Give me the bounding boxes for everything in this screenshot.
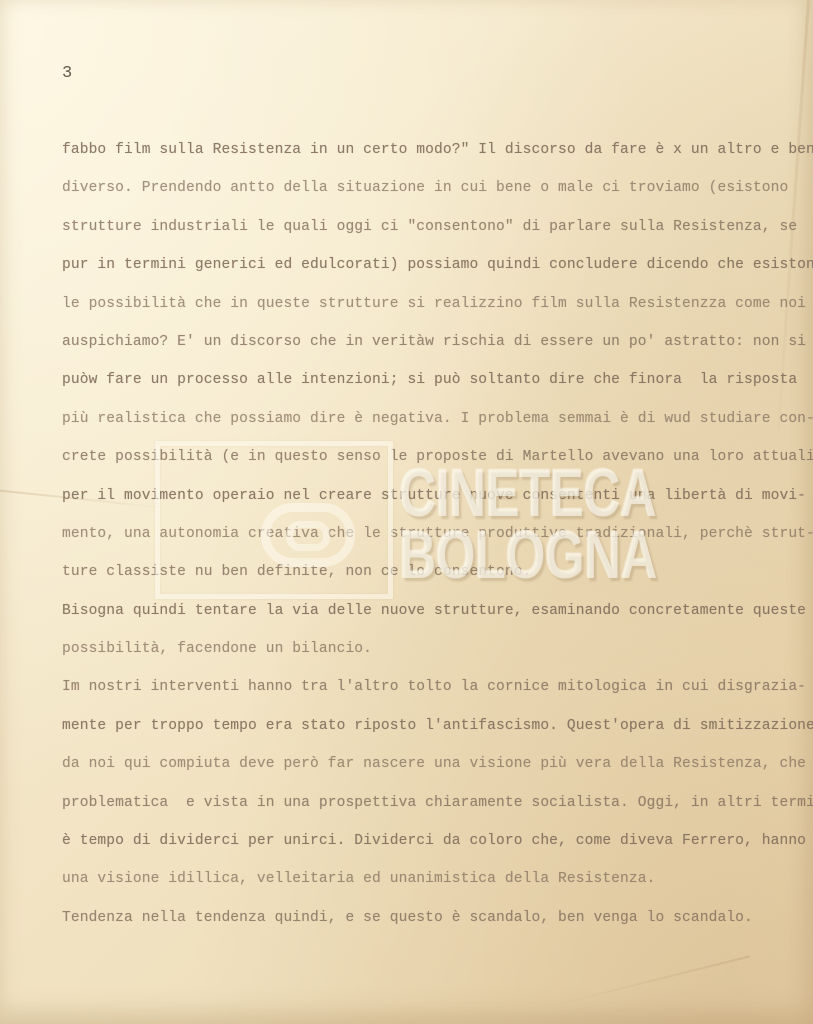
text-line: puòw fare un processo alle intenzioni; s… bbox=[62, 361, 802, 399]
text-line: per il movimento operaio nel creare stru… bbox=[62, 477, 802, 515]
text-line: mente per troppo tempo era stato riposto… bbox=[62, 707, 802, 745]
text-line: Bisogna quindi tentare la via delle nuov… bbox=[62, 592, 802, 630]
text-line: una visione idillica, velleitaria ed una… bbox=[62, 860, 802, 898]
text-line: mento, una autonomia creativa che le str… bbox=[62, 515, 802, 553]
scanned-page: 3 fabbo film sulla Resistenza in un cert… bbox=[0, 0, 813, 1024]
text-line: ture classiste nu ben definite, non ce l… bbox=[62, 553, 802, 591]
text-line: possibilità, facendone un bilancio. bbox=[62, 630, 802, 668]
text-line: strutture industriali le quali oggi ci "… bbox=[62, 208, 802, 246]
text-line: pur in termini generici ed edulcorati) p… bbox=[62, 246, 802, 284]
text-line: auspichiamo? E' un discorso che in verit… bbox=[62, 323, 802, 361]
text-line: Tendenza nella tendenza quindi, e se que… bbox=[62, 899, 802, 937]
text-line: fabbo film sulla Resistenza in un certo … bbox=[62, 131, 802, 169]
text-line: più realistica che possiamo dire è negat… bbox=[62, 400, 802, 438]
page-number: 3 bbox=[62, 64, 72, 83]
text-line: da noi qui compiuta deve però far nascer… bbox=[62, 745, 802, 783]
typewritten-text: fabbo film sulla Resistenza in un certo … bbox=[62, 131, 802, 937]
text-line: problematica e vista in una prospettiva … bbox=[62, 784, 802, 822]
text-line: crete possibilità (e in questo senso le … bbox=[62, 438, 802, 476]
text-line: diverso. Prendendo antto della situazion… bbox=[62, 169, 802, 207]
text-line: è tempo di dividerci per unirci. Divider… bbox=[62, 822, 802, 860]
paper-crease bbox=[536, 955, 750, 1010]
text-line: Im nostri interventi hanno tra l'altro t… bbox=[62, 668, 802, 706]
text-line: le possibilità che in queste strutture s… bbox=[62, 285, 802, 323]
